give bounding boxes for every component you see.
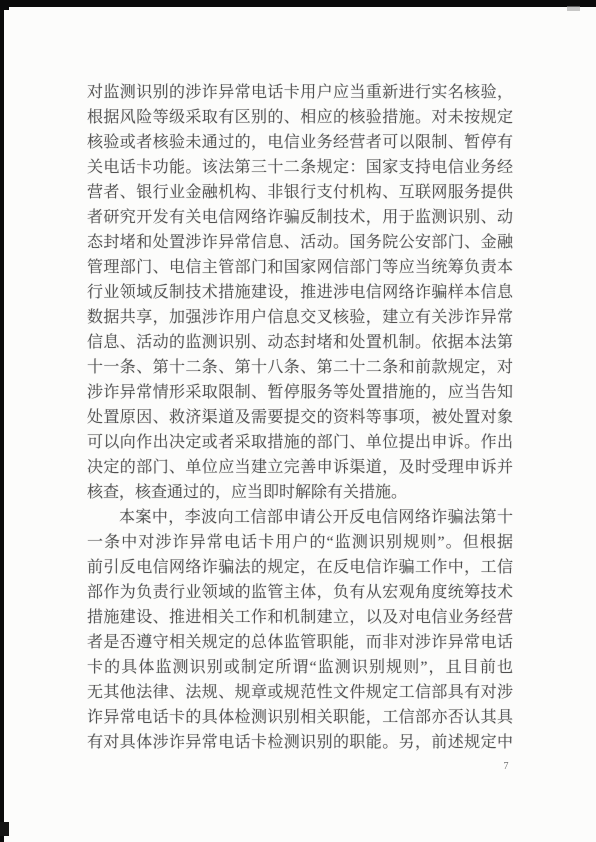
text-line: 行业领域反制技术措施建设，推进涉电信网络诈骗样本信息 (87, 280, 513, 305)
scan-edge-top (0, 0, 596, 7)
text-line: 营者、银行业金融机构、非银行支付机构、互联网服务提供 (87, 180, 513, 205)
text-line: 核查，核查通过的，应当即时解除有关措施。 (87, 480, 513, 505)
text-line: 管理部门、电信主管部门和国家网信部门等应当统筹负责本 (87, 255, 513, 280)
page-number: 7 (497, 760, 515, 774)
text-line: 决定的部门、单位应当建立完善申诉渠道，及时受理申诉并 (87, 455, 513, 480)
text-line: 前引反电信网络诈骗法的规定，在反电信诈骗工作中，工信 (87, 555, 513, 580)
scan-artifact-top-right (567, 6, 580, 11)
scan-edge-left (0, 0, 4, 842)
text-line: 者是否遵守相关规定的总体监管职能，而非对涉诈异常电话 (87, 630, 513, 655)
paragraph-law-quotation: 对监测识别的涉诈异常电话卡用户应当重新进行实名核验， 根据风险等级采取有区别的、… (87, 80, 513, 505)
text-line: 无其他法律、法规、规章或规范性文件规定工信部具有对涉 (87, 680, 513, 705)
text-line: 核验或者核验未通过的，电信业务经营者可以限制、暂停有 (87, 130, 513, 155)
document-body: 对监测识别的涉诈异常电话卡用户应当重新进行实名核验， 根据风险等级采取有区别的、… (87, 80, 513, 755)
text-line: 可以向作出决定或者采取措施的部门、单位提出申诉。作出 (87, 430, 513, 455)
text-line: 态封堵和处置涉诈异常信息、活动。国务院公安部门、金融 (87, 230, 513, 255)
paragraph-case-analysis: 本案中，李波向工信部申请公开反电信网络诈骗法第十 一条中对涉诈异常电话卡用户的“… (87, 505, 513, 755)
text-line: 卡的具体监测识别或制定所谓“监测识别规则”，且目前也 (87, 655, 513, 680)
text-line: 对监测识别的涉诈异常电话卡用户应当重新进行实名核验， (87, 80, 513, 105)
text-line: 根据风险等级采取有区别的、相应的核验措施。对未按规定 (87, 105, 513, 130)
scan-corner-artifact (0, 0, 9, 10)
scan-artifact-bottom-left (0, 822, 9, 836)
text-line: 处置原因、救济渠道及需要提交的资料等事项，被处置对象 (87, 405, 513, 430)
text-line: 措施建设、推进相关工作和机制建立，以及对电信业务经营 (87, 605, 513, 630)
text-line: 本案中，李波向工信部申请公开反电信网络诈骗法第十 (87, 505, 513, 530)
text-line: 者研究开发有关电信网络诈骗反制技术，用于监测识别、动 (87, 205, 513, 230)
scanned-document-page: 对监测识别的涉诈异常电话卡用户应当重新进行实名核验， 根据风险等级采取有区别的、… (0, 0, 596, 842)
text-line: 信息、活动的监测识别、动态封堵和处置机制。依据本法第 (87, 330, 513, 355)
text-line: 关电话卡功能。该法第三十二条规定：国家支持电信业务经 (87, 155, 513, 180)
text-line: 十一条、第十二条、第十八条、第二十二条和前款规定，对 (87, 355, 513, 380)
text-line: 一条中对涉诈异常电话卡用户的“监测识别规则”。但根据 (87, 530, 513, 555)
text-line: 有对具体涉诈异常电话卡检测识别的职能。另，前述规定中 (87, 730, 513, 755)
text-line: 数据共享，加强涉诈用户信息交叉核验，建立有关涉诈异常 (87, 305, 513, 330)
text-line: 涉诈异常情形采取限制、暂停服务等处置措施的，应当告知 (87, 380, 513, 405)
text-line: 诈异常电话卡的具体检测识别相关职能，工信部亦否认其具 (87, 705, 513, 730)
text-line: 部作为负责行业领域的监管主体，负有从宏观角度统筹技术 (87, 580, 513, 605)
